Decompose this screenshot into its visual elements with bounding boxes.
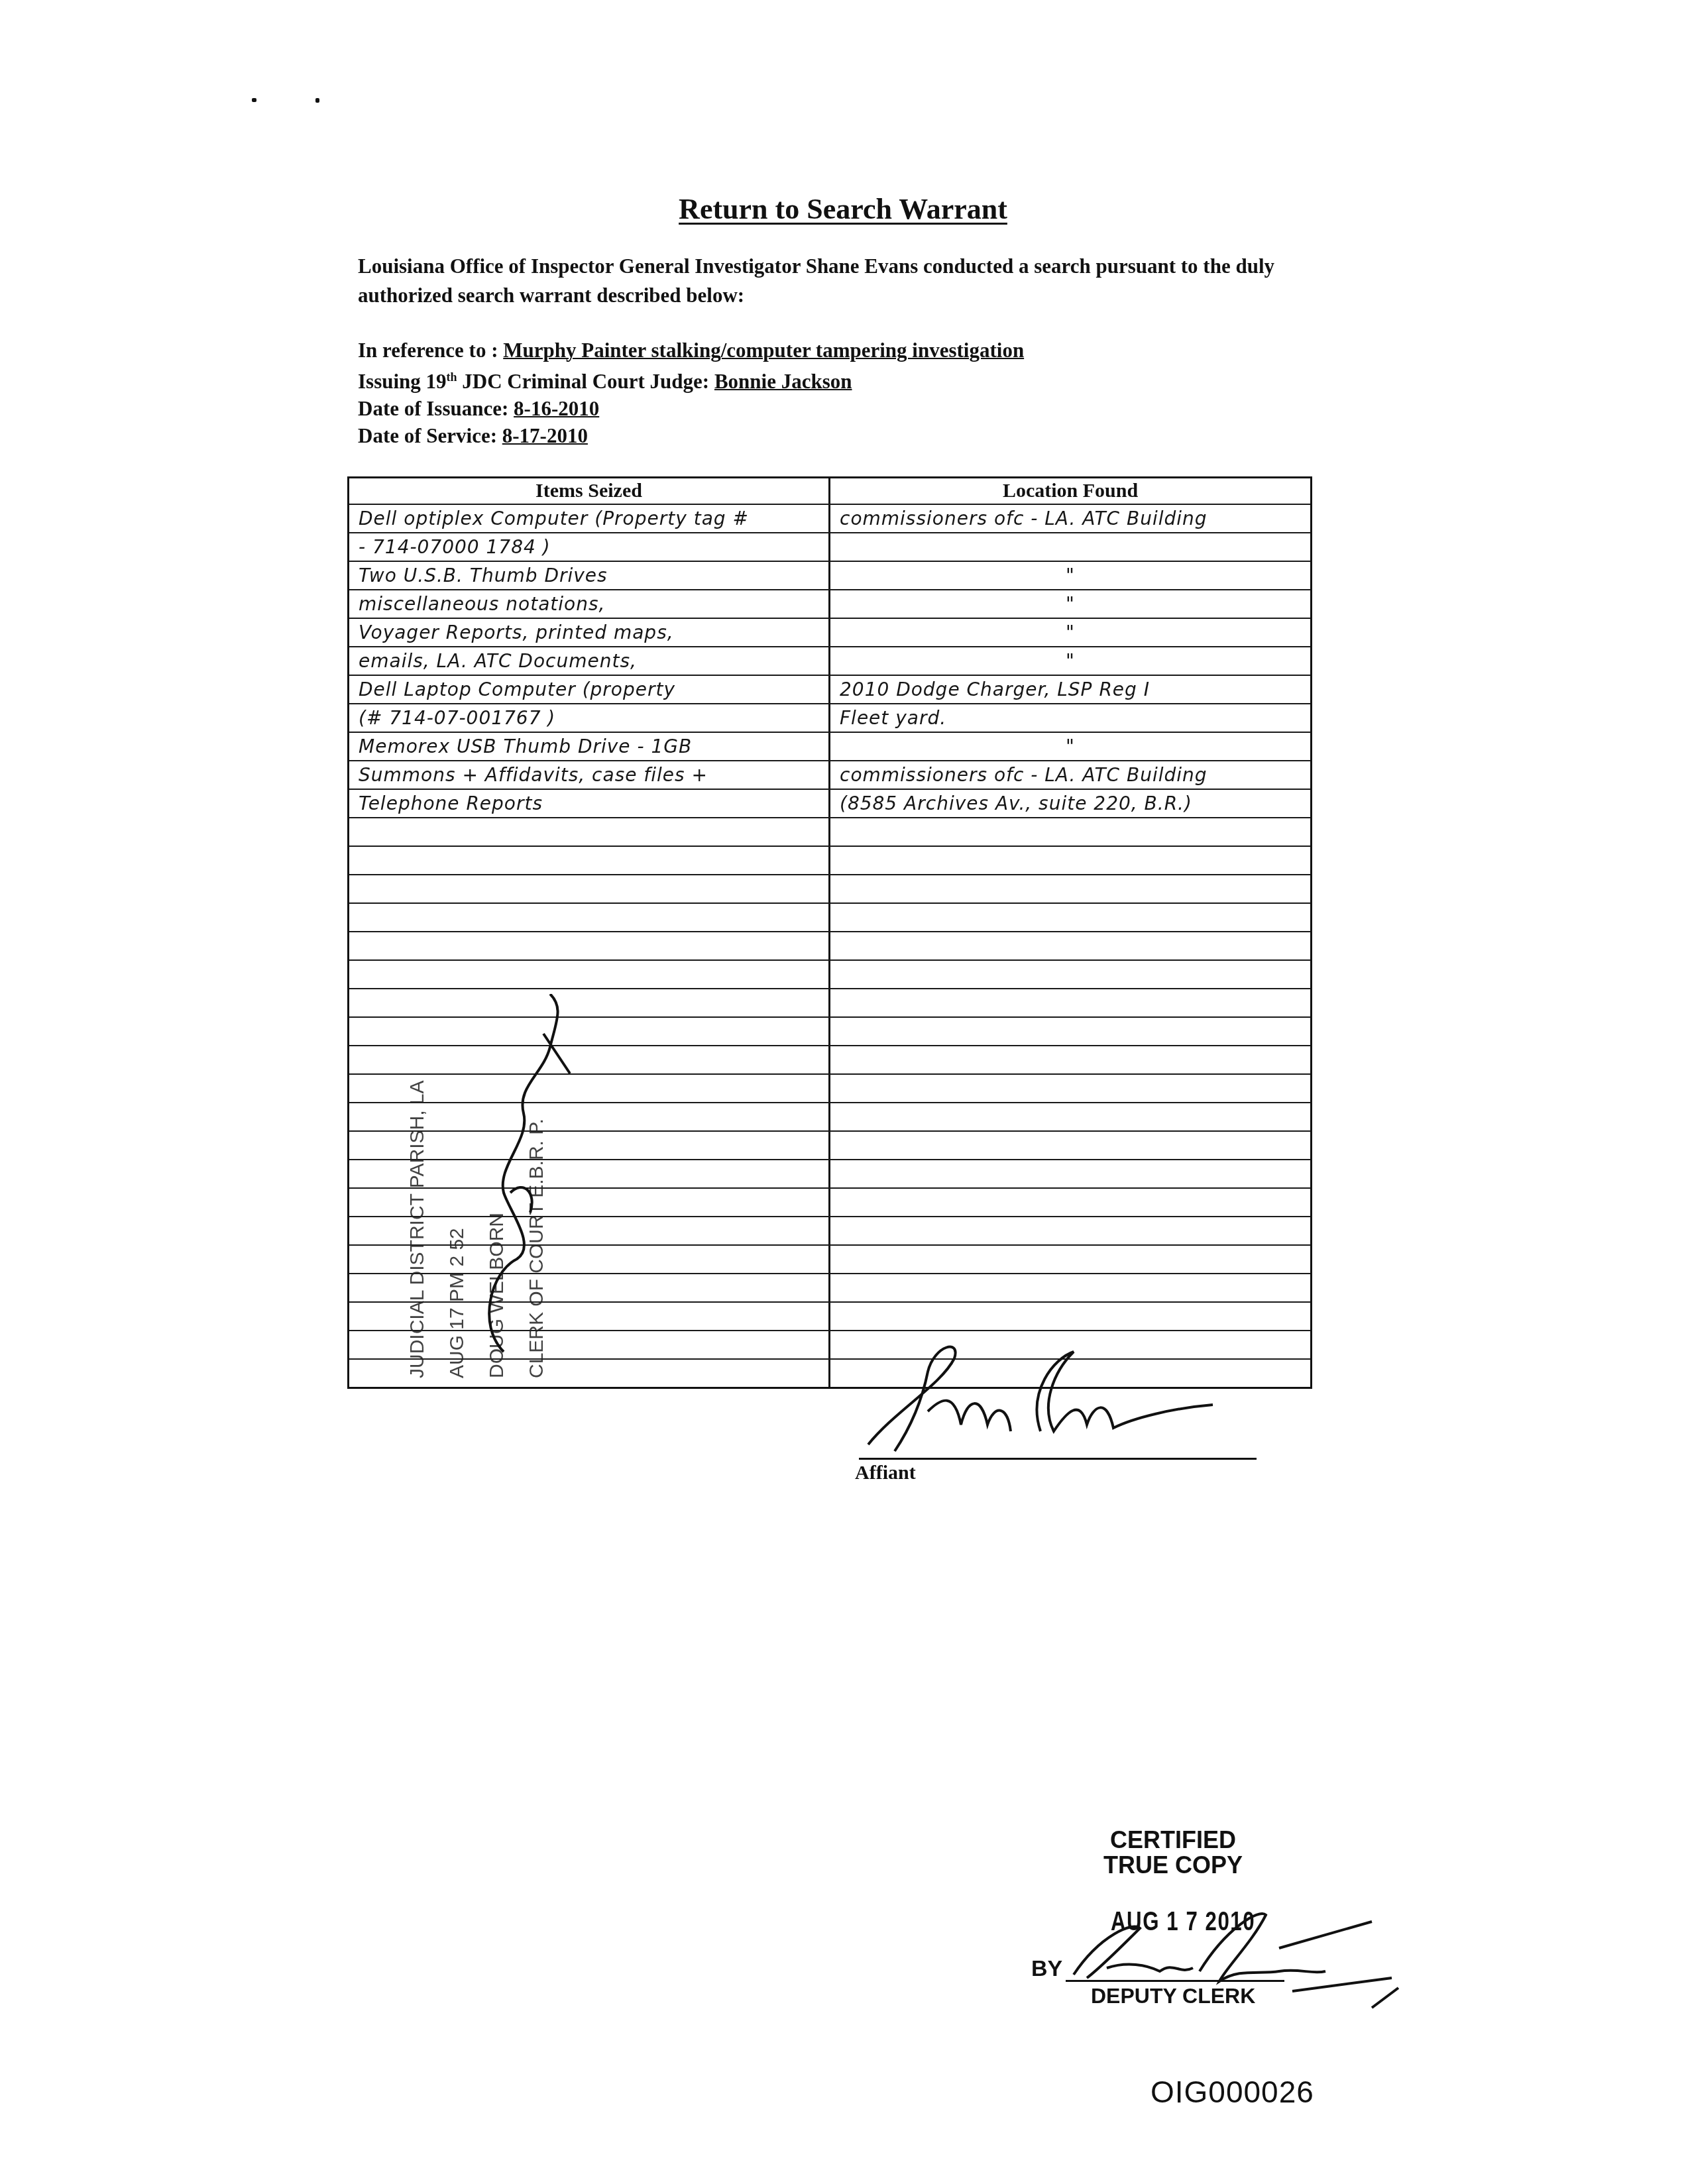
- location-found-cell: [830, 989, 1310, 1016]
- table-row: Two U.S.B. Thumb Drives": [349, 562, 1310, 590]
- location-found-cell: [830, 932, 1310, 959]
- judge-line: Issuing 19th JDC Criminal Court Judge: B…: [358, 364, 1024, 395]
- table-row: (# 714-07-001767 )Fleet yard.: [349, 704, 1310, 733]
- item-seized-cell: [349, 875, 830, 902]
- location-found-cell: [830, 1246, 1310, 1273]
- item-seized-cell: - 714-07000 1784 ): [349, 533, 830, 561]
- stamp-line: JUDICIAL DISTRICT PARISH, LA: [398, 1080, 437, 1378]
- issuance-value: 8-16-2010: [514, 397, 599, 420]
- header-location-found: Location Found: [830, 478, 1310, 504]
- location-found-cell: [830, 1103, 1310, 1130]
- table-header: Items Seized Location Found: [349, 478, 1310, 505]
- location-found-cell: [830, 1160, 1310, 1187]
- item-seized-cell: Dell Laptop Computer (property: [349, 676, 830, 703]
- location-found-cell: [830, 1018, 1310, 1045]
- item-seized-cell: Telephone Reports: [349, 790, 830, 817]
- location-found-cell: ": [830, 647, 1310, 675]
- location-found-cell: [830, 1217, 1310, 1244]
- item-seized-cell: [349, 818, 830, 846]
- judge-value: Bonnie Jackson: [714, 370, 852, 393]
- location-found-cell: commissioners ofc - LA. ATC Building: [830, 761, 1310, 789]
- reference-value: Murphy Painter stalking/computer tamperi…: [503, 339, 1024, 362]
- table-row: Telephone Reports(8585 Archives Av., sui…: [349, 790, 1310, 818]
- location-found-cell: commissioners ofc - LA. ATC Building: [830, 505, 1310, 532]
- location-found-cell: [830, 1274, 1310, 1301]
- item-seized-cell: [349, 1046, 830, 1073]
- judge-label-post: JDC Criminal Court Judge:: [462, 370, 709, 393]
- table-row: Dell Laptop Computer (property2010 Dodge…: [349, 676, 1310, 704]
- item-seized-cell: [349, 847, 830, 874]
- judge-label-sup: th: [447, 370, 457, 384]
- service-label: Date of Service:: [358, 424, 497, 447]
- table-row: [349, 961, 1310, 989]
- issuance-label: Date of Issuance:: [358, 397, 508, 420]
- affiant-signature: [855, 1332, 1226, 1464]
- certified-line-2: TRUE COPY: [1087, 1853, 1259, 1878]
- location-found-cell: [830, 1075, 1310, 1102]
- reference-label: In reference to :: [358, 339, 498, 362]
- location-found-cell: ": [830, 590, 1310, 618]
- reference-line: In reference to : Murphy Painter stalkin…: [358, 337, 1024, 364]
- affiant-label: Affiant: [855, 1462, 916, 1484]
- certified-stamp: CERTIFIED TRUE COPY: [1087, 1828, 1259, 1878]
- affiant-signature-line: [859, 1458, 1257, 1460]
- issuance-line: Date of Issuance: 8-16-2010: [358, 395, 1024, 422]
- warrant-details: In reference to : Murphy Painter stalkin…: [358, 337, 1024, 449]
- item-seized-cell: [349, 1018, 830, 1045]
- table-row: Summons + Affidavits, case files +commis…: [349, 761, 1310, 790]
- item-seized-cell: Voyager Reports, printed maps,: [349, 619, 830, 646]
- item-seized-cell: [349, 961, 830, 988]
- table-row: Memorex USB Thumb Drive - 1GB": [349, 733, 1310, 761]
- table-row: Voyager Reports, printed maps,": [349, 619, 1310, 647]
- item-seized-cell: [349, 932, 830, 959]
- table-row: [349, 875, 1310, 904]
- location-found-cell: [830, 1132, 1310, 1159]
- item-seized-cell: Dell optiplex Computer (Property tag #: [349, 505, 830, 532]
- location-found-cell: [830, 533, 1310, 561]
- location-found-cell: [830, 1046, 1310, 1073]
- table-row: emails, LA. ATC Documents,": [349, 647, 1310, 676]
- location-found-cell: (8585 Archives Av., suite 220, B.R.): [830, 790, 1310, 817]
- item-seized-cell: Two U.S.B. Thumb Drives: [349, 562, 830, 589]
- item-seized-cell: (# 714-07-001767 ): [349, 704, 830, 732]
- clerk-signature-vertical: [464, 994, 583, 1365]
- table-row: Dell optiplex Computer (Property tag #co…: [349, 505, 1310, 533]
- service-line: Date of Service: 8-17-2010: [358, 422, 1024, 449]
- table-row: [349, 818, 1310, 847]
- location-found-cell: [830, 1189, 1310, 1216]
- item-seized-cell: miscellaneous notations,: [349, 590, 830, 618]
- item-seized-cell: Memorex USB Thumb Drive - 1GB: [349, 733, 830, 760]
- item-seized-cell: emails, LA. ATC Documents,: [349, 647, 830, 675]
- location-found-cell: [830, 904, 1310, 931]
- location-found-cell: 2010 Dodge Charger, LSP Reg I: [830, 676, 1310, 703]
- table-row: [349, 904, 1310, 932]
- service-value: 8-17-2010: [502, 424, 588, 447]
- deputy-clerk-label: DEPUTY CLERK: [1091, 1984, 1255, 2008]
- location-found-cell: Fleet yard.: [830, 704, 1310, 732]
- location-found-cell: [830, 847, 1310, 874]
- intro-paragraph: Louisiana Office of Inspector General In…: [358, 252, 1352, 310]
- item-seized-cell: [349, 989, 830, 1016]
- location-found-cell: ": [830, 562, 1310, 589]
- location-found-cell: [830, 875, 1310, 902]
- table-row: - 714-07000 1784 ): [349, 533, 1310, 562]
- location-found-cell: [830, 1303, 1310, 1330]
- judge-label-pre: Issuing 19: [358, 370, 447, 393]
- bates-number: OIG000026: [1151, 2074, 1314, 2110]
- item-seized-cell: [349, 904, 830, 931]
- table-row: [349, 932, 1310, 961]
- location-found-cell: ": [830, 619, 1310, 646]
- page-title: Return to Search Warrant: [0, 192, 1686, 226]
- table-row: [349, 847, 1310, 875]
- header-items-seized: Items Seized: [349, 478, 830, 504]
- certified-line-1: CERTIFIED: [1087, 1828, 1259, 1853]
- item-seized-cell: Summons + Affidavits, case files +: [349, 761, 830, 789]
- location-found-cell: [830, 961, 1310, 988]
- table-row: miscellaneous notations,": [349, 590, 1310, 619]
- by-label: BY: [1031, 1956, 1062, 1982]
- location-found-cell: [830, 818, 1310, 846]
- location-found-cell: ": [830, 733, 1310, 760]
